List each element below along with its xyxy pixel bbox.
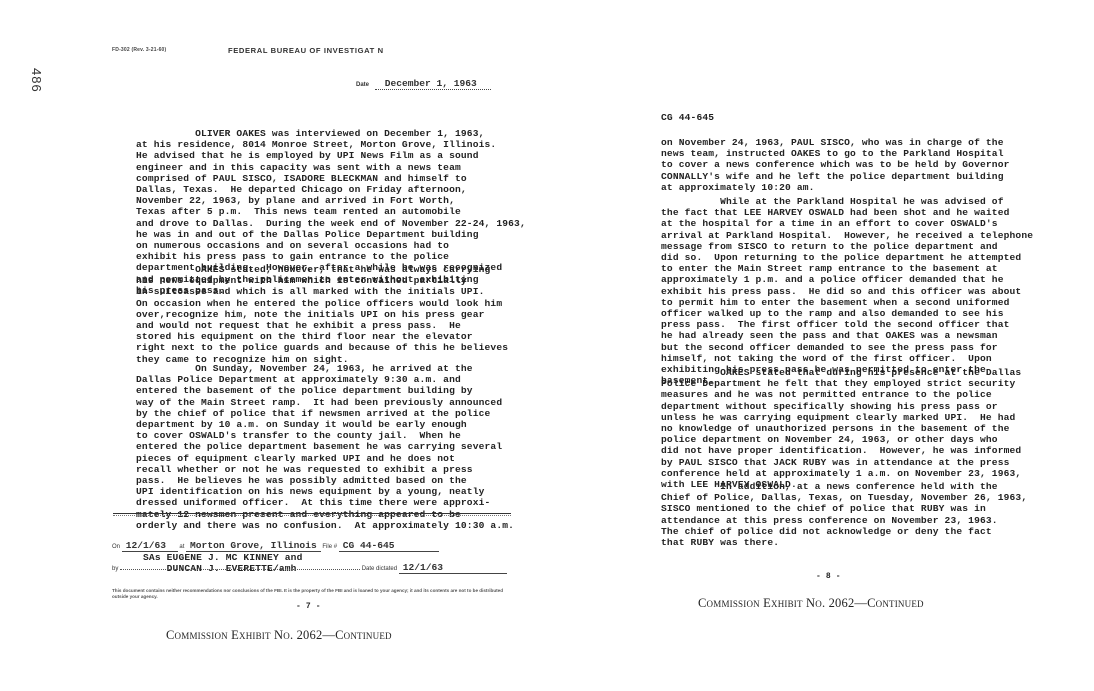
on-label: On	[112, 544, 120, 550]
interview-paragraph-2: OAKES stated, however, that he was alway…	[136, 264, 508, 365]
exhibit-caption-left: Commission Exhibit No. 2062—Continued	[166, 628, 392, 643]
form-number: FD-302 (Rev. 3-21-60)	[112, 47, 166, 53]
date-line: Date December 1, 1963	[356, 78, 491, 90]
footer-on-row: On 12/1/63 at Morton Grove, Illinois Fil…	[112, 540, 439, 552]
exhibit-caption-text: Commission Exhibit No. 2062—Continued	[698, 596, 924, 610]
continuation-paragraph-1: on November 24, 1963, PAUL SISCO, who wa…	[661, 137, 1010, 193]
footer-by-row: by Date dictated 12/1/63	[112, 562, 507, 574]
file-label: File #	[322, 544, 337, 550]
continuation-paragraph-3: OAKES stated that during his presence at…	[661, 367, 1021, 490]
date-label: Date	[356, 82, 369, 88]
date-dictated-label: Date dictated	[362, 566, 397, 572]
file-number-value: CG 44-645	[339, 540, 439, 552]
date-value: December 1, 1963	[375, 78, 491, 90]
by-line	[120, 569, 360, 570]
by-label: by	[112, 566, 118, 572]
file-number-header: CG 44-645	[661, 112, 714, 123]
agency-header: FEDERAL BUREAU OF INVESTIGAT N	[228, 46, 384, 55]
form-divider-dots	[113, 515, 511, 516]
volume-page-number: 486	[29, 68, 44, 93]
form-divider	[113, 513, 511, 514]
continuation-paragraph-4: In addition, at a news conference held w…	[661, 481, 1027, 548]
at-label: at	[179, 544, 184, 550]
exhibit-caption-right: Commission Exhibit No. 2062—Continued	[698, 596, 924, 611]
exhibit-caption-text: Commission Exhibit No. 2062—Continued	[166, 628, 392, 642]
continuation-paragraph-2: While at the Parkland Hospital he was ad…	[661, 196, 1033, 386]
on-date-value: 12/1/63	[122, 540, 178, 552]
location-value: Morton Grove, Illinois	[186, 540, 321, 552]
page-marker-right: - 8 -	[816, 571, 841, 582]
interview-paragraph-3: On Sunday, November 24, 1963, he arrived…	[136, 363, 514, 531]
date-dictated-value: 12/1/63	[399, 562, 507, 574]
page-marker-left: - 7 -	[296, 601, 321, 612]
fbi-disclaimer: This document contains neither recommend…	[112, 588, 512, 600]
